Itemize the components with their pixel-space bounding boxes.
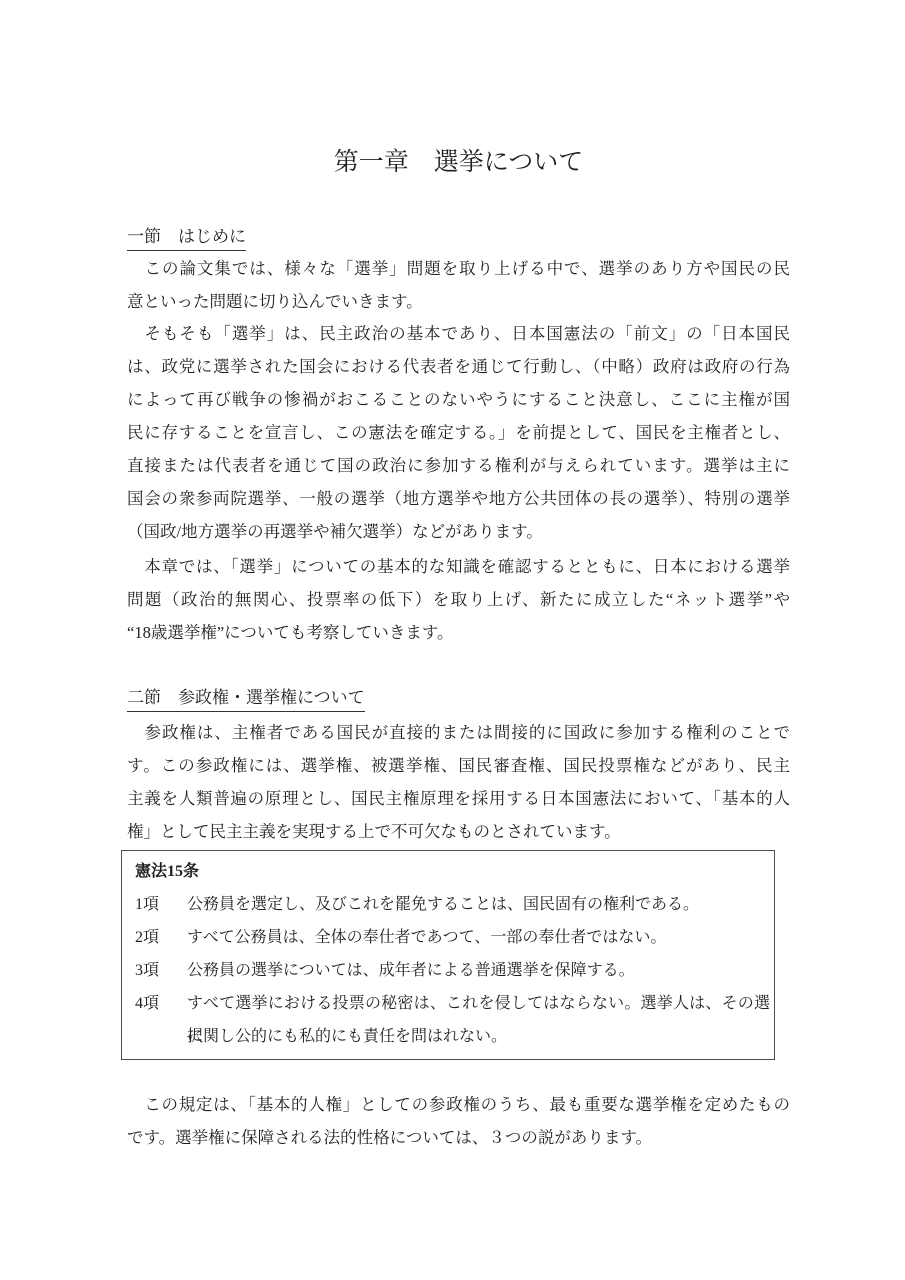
paragraph-intro: この論文集では、様々な「選挙」問題を取り上げる中で、選挙のあり方や国民の民 意と… [127, 252, 790, 318]
text-line: す。この参政権には、選挙権、被選挙権、国民審査権、国民投票権などがあり、民主 [127, 749, 790, 782]
text-line: “18歳選挙権”についても考察していきます。 [127, 616, 790, 649]
text-line: この論文集では、様々な「選挙」問題を取り上げる中で、選挙のあり方や国民の民 [127, 252, 790, 285]
text-line: この規定は、「基本的人権」としての参政権のうち、最も重要な選挙権を定めたもの [127, 1088, 790, 1121]
section1-heading-text: 一節 はじめに [127, 227, 246, 251]
section2-heading: 二節 参政権・選挙権について [127, 688, 365, 712]
law-item-text: すべて公務員は、全体の奉仕者であつて、一部の奉仕者ではない。 [187, 921, 770, 954]
text-line: 参政権は、主権者である国民が直接的または間接的に国政に参加する権利のことで [127, 716, 790, 749]
section1-heading: 一節 はじめに [127, 227, 246, 251]
law-item-text: すべて選挙における投票の秘密は、これを侵してはならない。選挙人は、その選択 に関… [187, 987, 770, 1053]
text-line: すべて選挙における投票の秘密は、これを侵してはならない。選挙人は、その選択 [187, 987, 770, 1020]
paragraph-suffrage: 参政権は、主権者である国民が直接的または間接的に国政に参加する権利のことで す。… [127, 716, 790, 848]
law-item-label: 3項 [132, 954, 187, 987]
law-item-4: 4項 すべて選挙における投票の秘密は、これを侵してはならない。選挙人は、その選択… [132, 987, 770, 1053]
text-line: は、政党に選挙された国会における代表者を通じて行動し、（中略）政府は政府の行為 [127, 350, 790, 383]
paragraph-conclusion: この規定は、「基本的人権」としての参政権のうち、最も重要な選挙権を定めたもの で… [127, 1088, 790, 1154]
text-line: 権」として民主主義を実現する上で不可欠なものとされています。 [127, 815, 790, 848]
text-line: 直接または代表者を通じて国の政治に参加する権利が与えられています。選挙は主に [127, 449, 790, 482]
text-line: によって再び戦争の惨禍がおこることのないやうにすること決意し、ここに主権が国 [127, 383, 790, 416]
chapter-title: 第一章 選挙について [127, 146, 790, 180]
law-box-constitution-article15: 憲法15条 1項 公務員を選定し、及びこれを罷免することは、国民固有の権利である… [121, 850, 775, 1060]
text-line: 公務員を選定し、及びこれを罷免することは、国民固有の権利である。 [187, 888, 770, 921]
section2-heading-text: 二節 参政権・選挙権について [127, 688, 365, 712]
law-item-label: 1項 [132, 888, 187, 921]
text-line: そもそも「選挙」は、民主政治の基本であり、日本国憲法の「前文」の「日本国民 [127, 317, 790, 350]
law-item-label: 4項 [132, 987, 187, 1020]
text-line: （国政/地方選挙の再選挙や補欠選挙）などがあります。 [127, 515, 790, 548]
document-page: 第一章 選挙について 一節 はじめに この論文集では、様々な「選挙」問題を取り上… [0, 0, 905, 1280]
text-line: 公務員の選挙については、成年者による普通選挙を保障する。 [187, 954, 770, 987]
text-line: 意といった問題に切り込んでいきます。 [127, 285, 790, 318]
law-item-1: 1項 公務員を選定し、及びこれを罷免することは、国民固有の権利である。 [132, 888, 770, 921]
law-item-2: 2項 すべて公務員は、全体の奉仕者であつて、一部の奉仕者ではない。 [132, 921, 770, 954]
text-line: 国会の衆参両院選挙、一般の選挙（地方選挙や地方公共団体の長の選挙）、特別の選挙 [127, 482, 790, 515]
text-line: すべて公務員は、全体の奉仕者であつて、一部の奉仕者ではない。 [187, 921, 770, 954]
law-item-label: 2項 [132, 921, 187, 954]
text-line: 民に存することを宣言し、この憲法を確定する。」を前提として、国民を主権者とし、 [127, 416, 790, 449]
law-item-text: 公務員を選定し、及びこれを罷免することは、国民固有の権利である。 [187, 888, 770, 921]
law-item-3: 3項 公務員の選挙については、成年者による普通選挙を保障する。 [132, 954, 770, 987]
paragraph-chapter-overview: 本章では、「選挙」についての基本的な知識を確認するとともに、日本における選挙 問… [127, 550, 790, 649]
text-line: 主義を人類普遍の原理とし、国民主権原理を採用する日本国憲法において、「基本的人 [127, 782, 790, 815]
text-line: に関し公的にも私的にも責任を問はれない。 [187, 1020, 770, 1053]
law-item-text: 公務員の選挙については、成年者による普通選挙を保障する。 [187, 954, 770, 987]
text-line: 本章では、「選挙」についての基本的な知識を確認するとともに、日本における選挙 [127, 550, 790, 583]
text-line: 問題（政治的無関心、投票率の低下）を取り上げ、新たに成立した“ネット選挙”や [127, 583, 790, 616]
paragraph-election-basics: そもそも「選挙」は、民主政治の基本であり、日本国憲法の「前文」の「日本国民 は、… [127, 317, 790, 548]
text-line: です。選挙権に保障される法的性格については、３つの説があります。 [127, 1121, 790, 1154]
law-box-title: 憲法15条 [132, 855, 770, 888]
